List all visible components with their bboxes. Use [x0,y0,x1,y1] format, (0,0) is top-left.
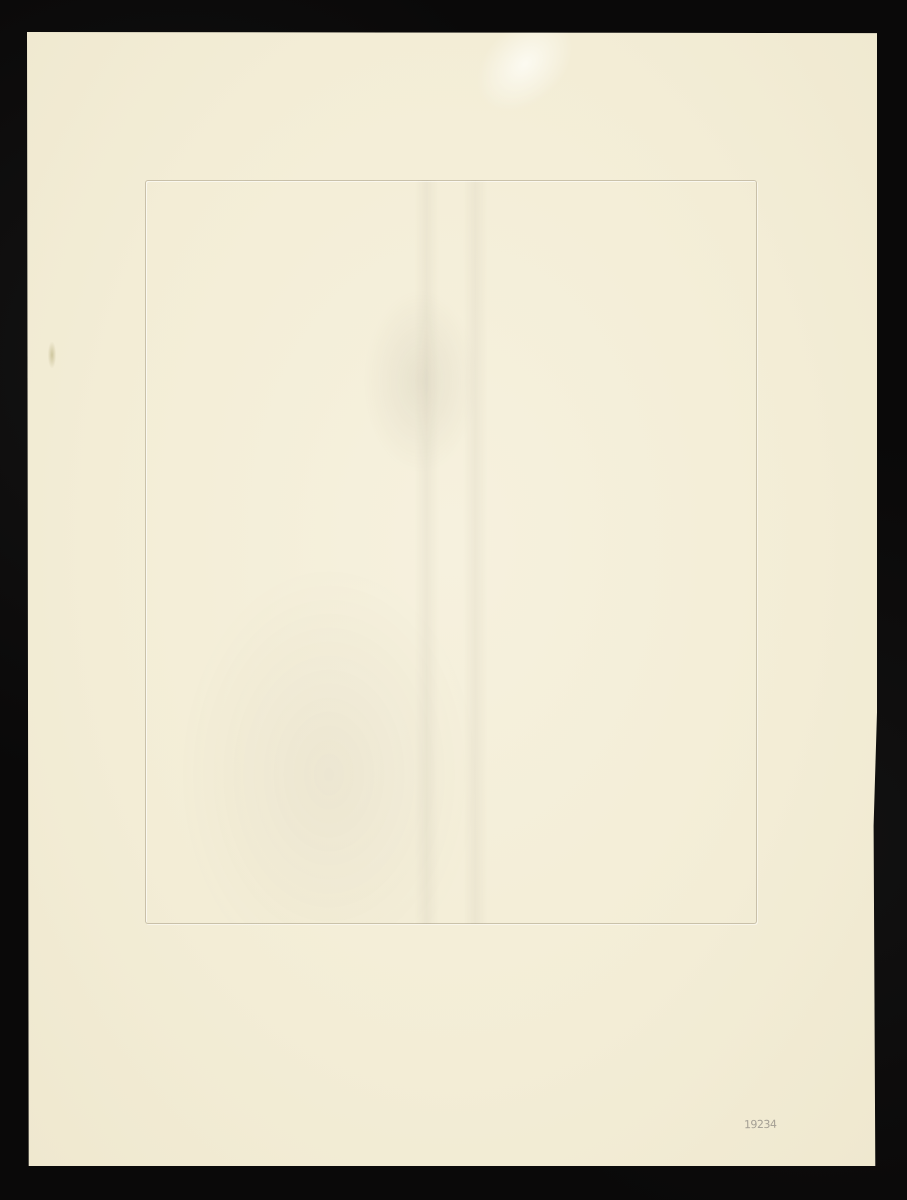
paper-sheet: 19234 [27,32,877,1166]
pencil-inventory-number: 19234 [744,1118,777,1132]
edge-mark [48,342,56,368]
plate-mark [145,180,757,924]
hinge-stain [462,32,581,112]
